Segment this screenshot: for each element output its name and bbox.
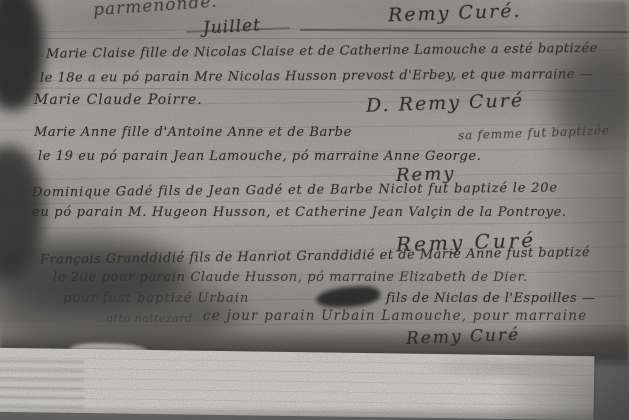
- entry2-line2: le 19 eu pó parain Jean Lamouche, pó mar…: [38, 149, 481, 164]
- entry1-line3: Marie Claude Poirre.: [34, 92, 203, 108]
- curate-signature-top: Remy Curé.: [388, 0, 522, 26]
- entry4-fragment4: ce jour parain Urbain Lamouche, pour mar…: [203, 308, 587, 324]
- photo-bottom-edge: [0, 406, 629, 420]
- entry2-line1: Marie Anne fille d'Antoine Anne et de Ba…: [34, 125, 352, 140]
- entry3-line2: eu pó parain M. Hugeon Husson, et Cather…: [32, 205, 567, 220]
- register-photo: parmenonde. Remy Curé. Juillet Marie Cla…: [0, 0, 629, 420]
- month-heading: Juillet: [203, 15, 262, 38]
